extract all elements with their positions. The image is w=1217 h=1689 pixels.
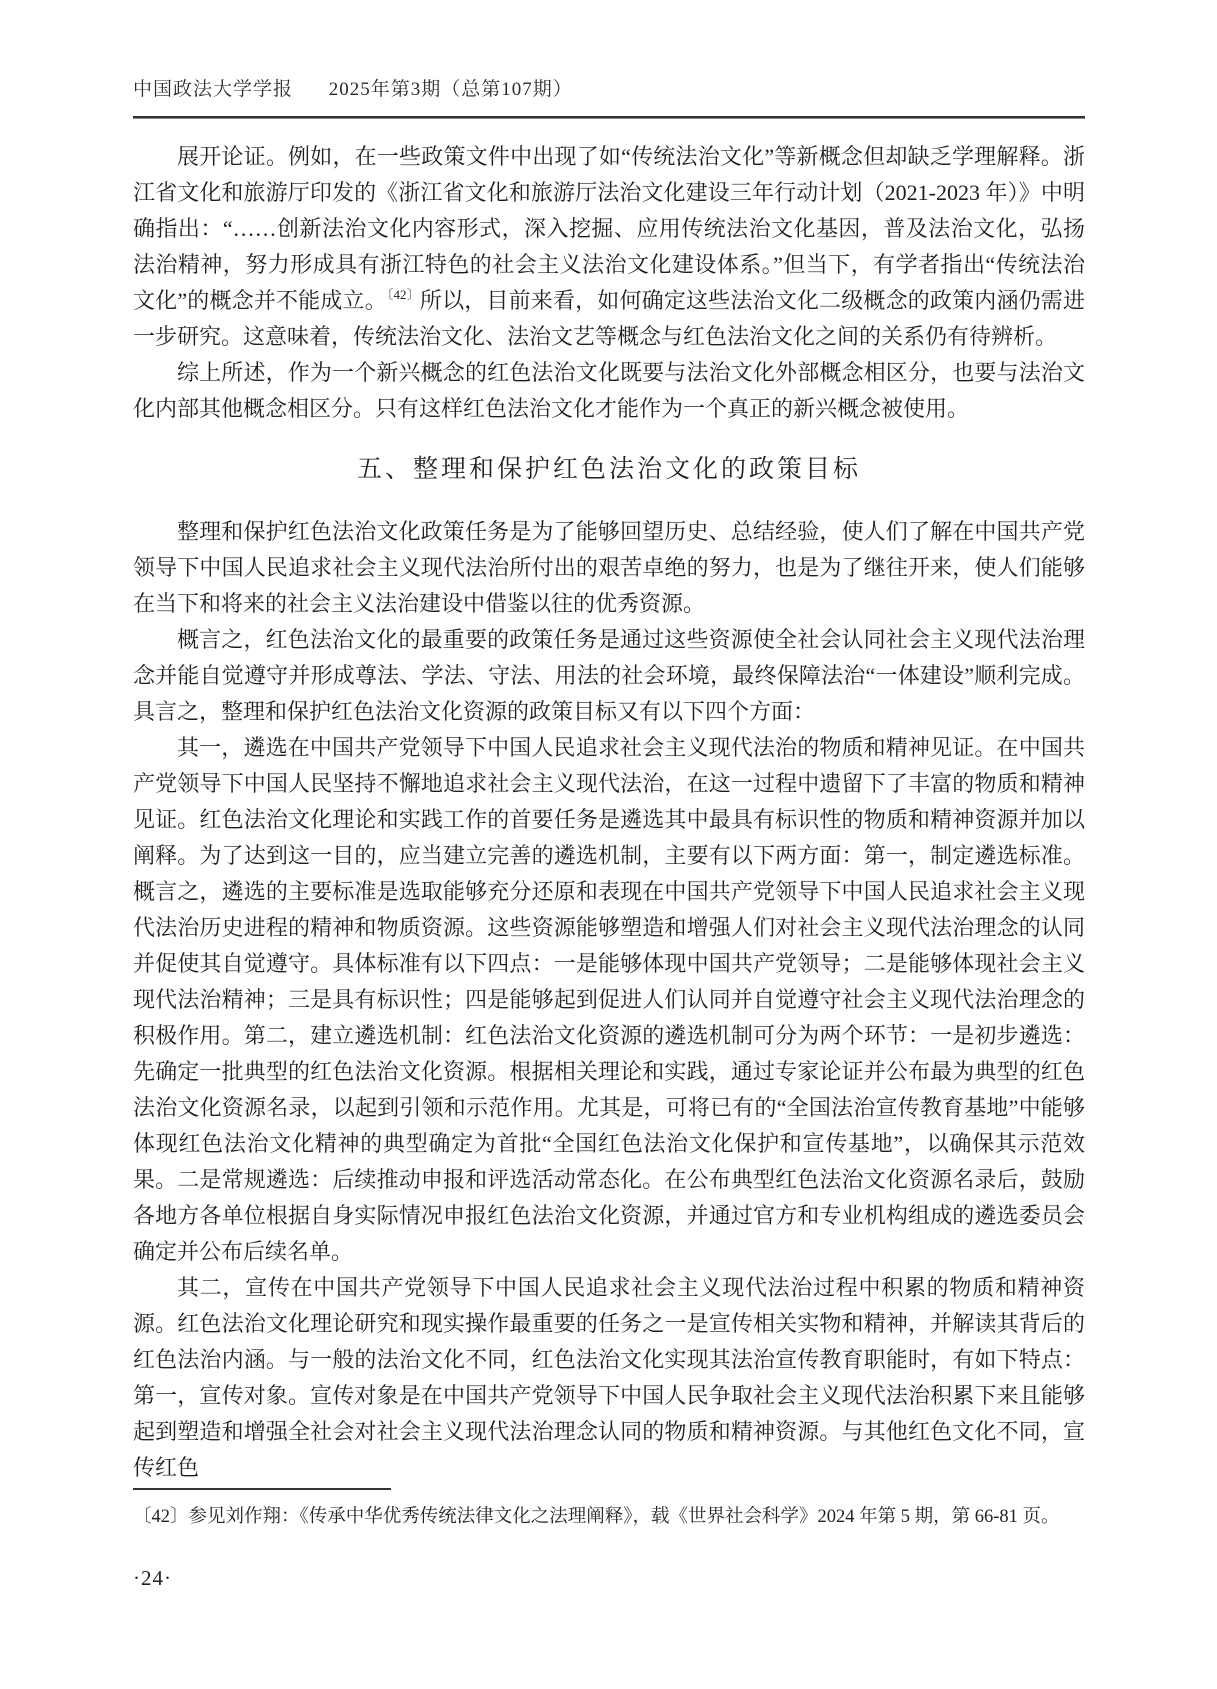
issue-info: 2025年第3期（总第107期）	[329, 79, 573, 100]
footnote-area: 〔42〕参见刘作翔：《传承中华优秀传统法律文化之法理阐释》，载《世界社会科学》2…	[133, 1488, 1085, 1532]
header-rule	[133, 116, 1085, 119]
page-number: ·24·	[133, 1566, 172, 1591]
page-header: 中国政法大学学报 2025年第3期（总第107期）	[133, 78, 1085, 119]
footnote-rule	[133, 1488, 391, 1490]
article-body: 展开论证。例如，在一些政策文件中出现了如“传统法治文化”等新概念但却缺乏学理解释…	[133, 139, 1085, 1486]
journal-page: 中国政法大学学报 2025年第3期（总第107期） 展开论证。例如，在一些政策文…	[0, 0, 1217, 1689]
paragraph-3: 整理和保护红色法治文化政策任务是为了能够回望历史、总结经验，使人们了解在中国共产…	[133, 514, 1085, 622]
section-heading: 五、整理和保护红色法治文化的政策目标	[133, 452, 1085, 488]
footnote-42: 〔42〕参见刘作翔：《传承中华优秀传统法律文化之法理阐释》，载《世界社会科学》2…	[133, 1502, 1085, 1532]
paragraph-5: 其一，遴选在中国共产党领导下中国人民追求社会主义现代法治的物质和精神见证。在中国…	[133, 730, 1085, 1270]
paragraph-6: 其二，宣传在中国共产党领导下中国人民追求社会主义现代法治过程中积累的物质和精神资…	[133, 1270, 1085, 1486]
running-head: 中国政法大学学报 2025年第3期（总第107期）	[133, 78, 1085, 102]
paragraph-4: 概言之，红色法治文化的最重要的政策任务是通过这些资源使全社会认同社会主义现代法治…	[133, 622, 1085, 730]
paragraph-1: 展开论证。例如，在一些政策文件中出现了如“传统法治文化”等新概念但却缺乏学理解释…	[133, 139, 1085, 355]
journal-title: 中国政法大学学报	[133, 79, 293, 100]
footnote-ref-42: 〔42〕	[387, 287, 420, 302]
paragraph-2: 综上所述，作为一个新兴概念的红色法治文化既要与法治文化外部概念相区分，也要与法治…	[133, 355, 1085, 427]
